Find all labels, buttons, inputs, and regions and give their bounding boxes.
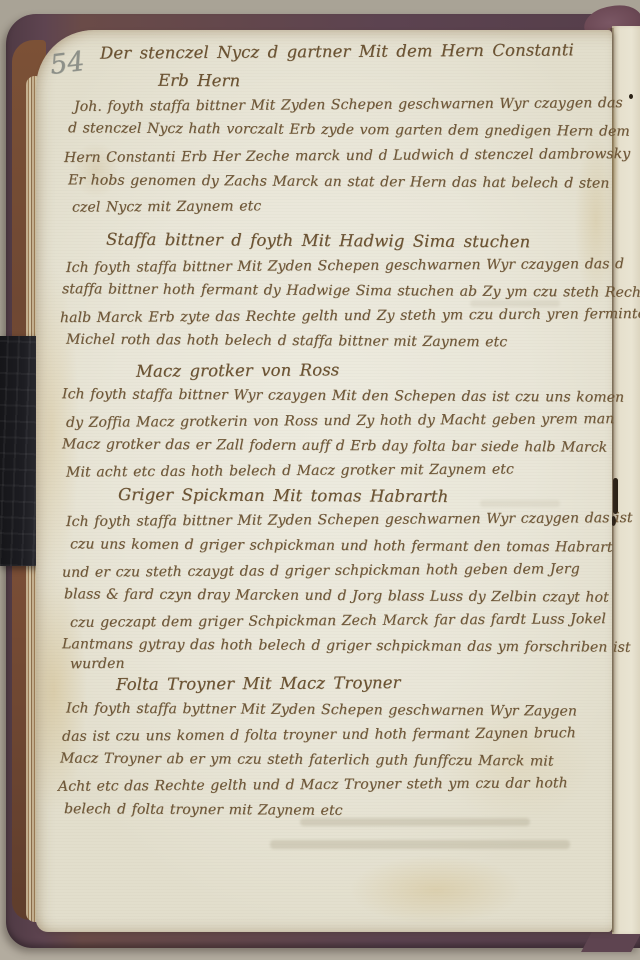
manuscript-line: Ich foyth staffa bittner Wyr czaygen Mit… bbox=[62, 386, 624, 405]
manuscript-photo: 54 Der stenczel Nycz d gartner Mit dem H… bbox=[0, 0, 640, 960]
manuscript-line: belech d folta troyner mit Zaynem etc bbox=[64, 801, 343, 819]
bleed-through-smudge bbox=[480, 500, 560, 507]
manuscript-line: czel Nycz mit Zaynem etc bbox=[72, 198, 261, 215]
sewing-hole bbox=[629, 94, 633, 99]
manuscript-line: wurden bbox=[70, 656, 125, 672]
bleed-through-smudge bbox=[270, 840, 570, 849]
bleed-through-smudge bbox=[470, 300, 560, 307]
bleed-through-smudge bbox=[300, 818, 530, 826]
section-heading: Der stenczel Nycz d gartner Mit dem Hern… bbox=[100, 40, 574, 62]
gutter-mark bbox=[613, 478, 618, 514]
section-heading: Staffa bittner d foyth Mit Hadwig Sima s… bbox=[106, 230, 530, 252]
manuscript-line: Macz grotker das er Zall fodern auff d E… bbox=[62, 436, 607, 455]
section-heading: Griger Spickman Mit tomas Habrarth bbox=[118, 485, 449, 506]
section-heading: Macz grotker von Ross bbox=[136, 360, 339, 380]
manuscript-line: Macz Troyner ab er ym czu steth faterlic… bbox=[60, 750, 554, 769]
manuscript-line: Er hobs genomen dy Zachs Marck an stat d… bbox=[68, 172, 609, 191]
section-heading: Folta Troyner Mit Macz Troyner bbox=[116, 673, 401, 694]
manuscript-line: Michel roth das hoth belech d staffa bit… bbox=[66, 332, 507, 351]
section-subheading: Erb Hern bbox=[158, 71, 240, 91]
manuscript-line: blass & fard czyn dray Marcken und d Jor… bbox=[64, 586, 609, 605]
manuscript-line: czu uns komen d griger schpickman und ho… bbox=[70, 536, 613, 555]
folio-number: 54 bbox=[48, 46, 86, 81]
manuscript-line: Mit acht etc das hoth belech d Macz grot… bbox=[66, 461, 514, 480]
manuscript-line: Ich foyth staffa byttner Mit Zyden Schep… bbox=[66, 700, 577, 719]
manuscript-line: d stenczel Nycz hath vorczalt Erb zyde v… bbox=[68, 120, 630, 139]
